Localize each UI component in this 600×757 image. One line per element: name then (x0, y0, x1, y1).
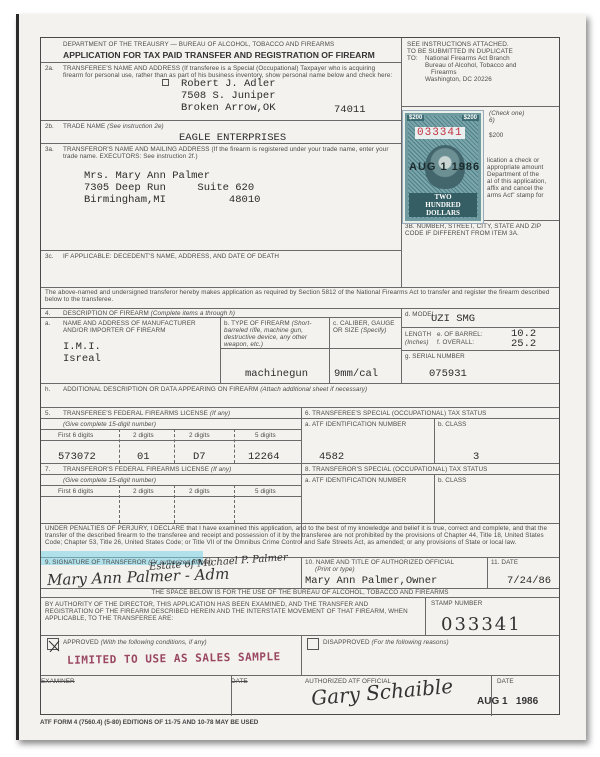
instructions-line1: SEE INSTRUCTIONS ATTACHED. (407, 41, 509, 48)
transferor-ffl-sub: (Give complete 15-digit number) (63, 477, 156, 484)
disapproved-checkbox[interactable] (307, 638, 319, 650)
item-2b-number: 2b. (45, 123, 54, 130)
transferee-street: 7508 S. Juniper (181, 90, 276, 102)
form-footer: ATF FORM 4 (7560.4) (5-80) EDITIONS OF 1… (40, 719, 258, 726)
additional-description-label: ADDITIONAL DESCRIPTION OR DATA APPEARING… (63, 386, 367, 393)
date-label: 11. DATE (491, 559, 518, 566)
item-4-label: DESCRIPTION OF FIREARM (Complete items a… (63, 310, 235, 317)
examiner-label: EXAMINER (41, 678, 75, 685)
approved-label: APPROVED (With the following conditions,… (63, 639, 207, 646)
stamp-corner-value: $200 (407, 115, 424, 121)
item-3b-label: 3b. NUMBER, STREET, CITY, STATE AND ZIP … (405, 223, 555, 237)
transferee-ffl-digits-2: 01 (137, 451, 150, 463)
transferee-class-label: b. CLASS (438, 421, 466, 428)
transferee-atf-id-value: 4582 (319, 451, 344, 463)
instructions-addr2: Bureau of Alcohol, Tobacco and (425, 62, 516, 69)
instructions-to: TO: (407, 55, 418, 62)
item-3a-number: 3a. (45, 146, 54, 153)
atf-form-4: DEPARTMENT OF THE TREAUSRY — BUREAU OF A… (40, 37, 560, 715)
official-date-label: DATE (497, 678, 514, 685)
item-3c-label: IF APPLICABLE: DECEDENT'S NAME, ADDRESS,… (63, 253, 279, 260)
transferor-ffl-label: TRANSFEROR'S FEDERAL FIREARMS LICENSE (I… (63, 466, 231, 473)
item1-amount: $200 (489, 132, 503, 139)
item1-text: lication a check or (487, 157, 539, 164)
item-3c-number: 3c. (45, 253, 53, 260)
item1-text: al of this application, (487, 178, 546, 185)
caliber-value: 9mm/cal (334, 368, 378, 380)
instructions-addr4: Washington, DC 20226 (425, 76, 492, 83)
transferee-zip: 74011 (334, 104, 366, 116)
transferee-ffl-digits-3: D7 (193, 451, 206, 463)
stamp-number-value: 033341 (441, 614, 522, 635)
column-header: 2 digits (189, 488, 210, 495)
item-4-number: 4. (45, 310, 50, 317)
column-header: First 6 digits (58, 432, 93, 439)
check-mark-icon (48, 640, 60, 652)
column-header: 5 digits (255, 488, 276, 495)
transferee-class-value: 3 (473, 451, 479, 463)
transferee-atf-id-label: a. ATF IDENTIFICATION NUMBER (305, 421, 406, 428)
stamp-corner-value: $200 (462, 115, 479, 121)
transferor-signature: Mary Ann Palmer - Adm (47, 565, 230, 589)
transferee-ffl-label: TRANSFEREE'S FEDERAL FIREARMS LICENSE (I… (63, 410, 230, 417)
item-2a-number: 2a. (45, 65, 54, 72)
item1-six: 6) (489, 117, 495, 124)
date-value: 7/24/86 (507, 575, 551, 587)
transferee-ffl-digits-4: 12264 (248, 451, 280, 463)
manufacturer-label: NAME AND ADDRESS OF MANUFACTURER AND/OR … (63, 320, 213, 334)
length-unit: (Inches) (405, 339, 429, 346)
transferor-sot-label: 8. TRANSFEROR'S SPECIAL (OCCUPATIONAL) T… (305, 466, 487, 473)
column-header: 2 digits (189, 432, 210, 439)
column-header: 2 digits (133, 488, 154, 495)
instructions-addr3: Firearms (431, 69, 457, 76)
overall-length-label: f. OVERALL: (437, 339, 474, 346)
item1-text: affix and cancel the (487, 185, 543, 192)
transferee-ffl-sub: (Give complete 15-digit number) (63, 421, 156, 428)
item-7-number: 7. (45, 466, 50, 473)
column-header: 5 digits (255, 432, 276, 439)
firearm-type-label: b. TYPE OF FIREARM (Short-barreled rifle… (224, 320, 326, 348)
item1-text: appropriate amount (487, 164, 543, 171)
barrel-length-label: e. OF BARREL: (437, 331, 483, 338)
transferor-atf-id-label: a. ATF IDENTIFICATION NUMBER (305, 477, 406, 484)
caliber-label: c. CALIBER, GAUGE OR SIZE (Specify) (333, 320, 401, 334)
print-or-type-note: (Print or type) (315, 566, 355, 573)
instructions-line2: TO BE SUBMITTED IN DUPLICATE (407, 48, 513, 55)
transferor-city: Birmingham,MI 48010 (84, 194, 260, 206)
item1-text: Department of the (487, 171, 539, 178)
model-value: UZI SMG (431, 313, 475, 325)
disapproved-label: DISAPPROVED (For the following reasons) (323, 639, 449, 646)
transferee-name: Robert J. Adler (181, 78, 276, 90)
transferor-class-label: b. CLASS (438, 477, 466, 484)
authority-statement: BY AUTHORITY OF THE DIRECTOR, THIS APPLI… (45, 601, 417, 622)
examiner-date-label: DATE (231, 678, 248, 685)
manufacturer-name: I.M.I. (63, 341, 101, 353)
approved-checkbox[interactable] (47, 638, 59, 650)
item-2a-label: TRANSFEREE'S NAME AND ADDRESS (If transf… (63, 65, 397, 79)
overall-length-value: 25.2 (511, 338, 536, 350)
stamp-cancellation: AUG 1 1986 (409, 161, 480, 173)
item-4h-number: h. (45, 386, 50, 393)
condition-stamp: LIMITED TO USE AS SALES SAMPLE (67, 650, 281, 667)
instructions-addr1: National Firearms Act Branch (425, 55, 510, 62)
transferor-name: Mrs. Mary Ann Palmer (84, 170, 210, 182)
item-3a-label: TRANSFEROR'S NAME AND MAILING ADDRESS (I… (63, 146, 397, 160)
serial-number-value: 075931 (429, 368, 467, 380)
authorized-official-value: Mary Ann Palmer,Owner (305, 575, 437, 587)
item-5-number: 5. (45, 410, 50, 417)
stamp-number-label: STAMP NUMBER (431, 600, 482, 607)
column-header: 2 digits (133, 432, 154, 439)
serial-number-label: g. SERIAL NUMBER (405, 353, 465, 360)
item-2b-label: TRADE NAME (See instruction 2e) (63, 123, 164, 130)
item1-text: arms Act" stamp for (487, 192, 544, 199)
department-heading: DEPARTMENT OF THE TREAUSRY — BUREAU OF A… (63, 41, 334, 48)
firearm-type-value: machinegun (245, 368, 308, 380)
perjury-statement: UNDER PENALTIES OF PERJURY, I DECLARE th… (45, 525, 557, 546)
authorized-official-label: 10. NAME AND TITLE OF AUTHORIZED OFFICIA… (305, 559, 454, 566)
transferee-sot-label: 6. TRANSFEREE'S SPECIAL (OCCUPATIONAL) T… (305, 410, 486, 417)
transferee-ffl-digits-1: 573072 (58, 451, 96, 463)
transferor-street: 7305 Deep Run Suite 620 (84, 182, 254, 194)
check-one-note: (Check one) (489, 110, 524, 117)
personal-use-checkbox[interactable] (162, 79, 169, 86)
transferee-city: Broken Arrow,OK (181, 102, 276, 114)
manufacturer-country: Isreal (63, 353, 101, 365)
bureau-banner: THE SPACE BELOW IS FOR THE USE OF THE BU… (41, 589, 559, 596)
application-statement: The above-named and undersigned transfer… (45, 289, 557, 303)
item-4a-number: a. (45, 320, 50, 327)
stamp-denomination: TWO HUNDRED DOLLARS (409, 193, 477, 217)
stamp-serial: 033341 (415, 127, 465, 139)
official-date-value: AUG 1 1986 (477, 696, 538, 707)
column-header: First 6 digits (58, 488, 93, 495)
nfa-tax-stamp: $200 $200 033341 AUG 1 1986 FIREARMS ACT… (403, 111, 483, 223)
form-title: APPLICATION FOR TAX PAID TRANSFER AND RE… (63, 50, 375, 60)
length-label: LENGTH (405, 331, 431, 338)
